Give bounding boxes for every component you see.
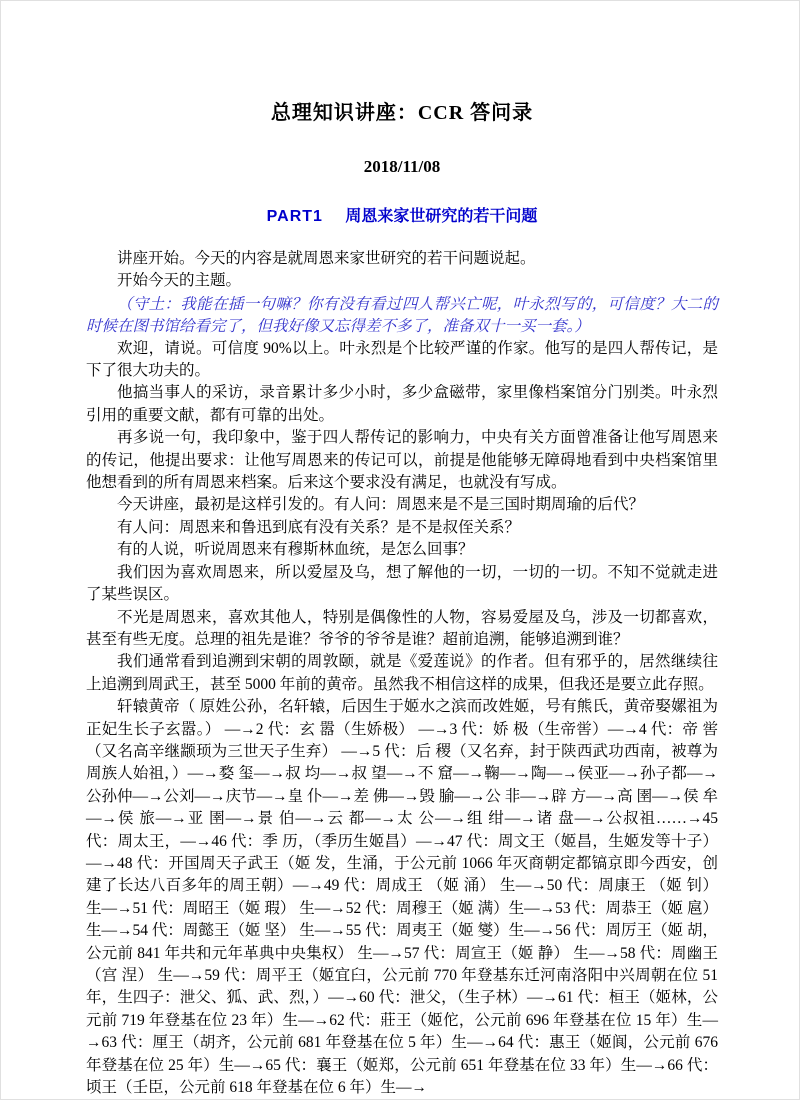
document-date: 2018/11/08 [86,157,718,177]
paragraph: 不光是周恩来，喜欢其他人，特别是偶像性的人物，容易爱屋及乌，涉及一切都喜欢，甚至… [86,607,718,652]
document-content: 总理知识讲座：CCR 答问录 2018/11/08 PART1周恩来家世研究的若… [86,1,718,1099]
part-title: 周恩来家世研究的若干问题 [345,208,537,225]
paragraph: 有的人说，听说周恩来有穆斯林血统，是怎么回事？ [86,539,718,561]
paragraph: 他搞当事人的采访，录音累计多少小时，多少盒磁带，家里像档案馆分门别类。叶永烈引用… [86,382,718,427]
document-title: 总理知识讲座：CCR 答问录 [86,96,718,125]
paragraph: 轩辕黄帝（ 原姓公孙，名轩辕，后因生于姬水之滨而改姓姬，号有熊氏，黄帝娶嫘祖为正… [86,696,718,1099]
paragraph: 开始今天的主题。 [86,270,718,292]
annotation-paragraph: （守土：我能在插一句嘛？你有没有看过四人帮兴亡呢，叶永烈写的，可信度？大二的时候… [86,293,718,338]
paragraph: 我们通常看到追溯到宋朝的周敦颐，就是《爱莲说》的作者。但有邪乎的，居然继续往上追… [86,651,718,696]
document-page: 总理知识讲座：CCR 答问录 2018/11/08 PART1周恩来家世研究的若… [0,0,800,1100]
paragraph: 讲座开始。今天的内容是就周恩来家世研究的若干问题说起。 [86,248,718,270]
part-heading: PART1周恩来家世研究的若干问题 [86,203,718,226]
paragraph: 再多说一句，我印象中，鉴于四人帮传记的影响力，中央有关方面曾准备让他写周恩来的传… [86,427,718,494]
paragraph: 有人问：周恩来和鲁迅到底有没有关系？是不是叔侄关系？ [86,517,718,539]
paragraph: 欢迎，请说。可信度 90%以上。叶永烈是个比较严谨的作家。他写的是四人帮传记，是… [86,338,718,383]
paragraph: 今天讲座，最初是这样引发的。有人问：周恩来是不是三国时期周瑜的后代？ [86,494,718,516]
paragraph: 我们因为喜欢周恩来，所以爱屋及乌，想了解他的一切，一切的一切。不知不觉就走进了某… [86,562,718,607]
document-body: 讲座开始。今天的内容是就周恩来家世研究的若干问题说起。开始今天的主题。（守土：我… [86,248,718,1099]
part-label: PART1 [267,208,323,225]
